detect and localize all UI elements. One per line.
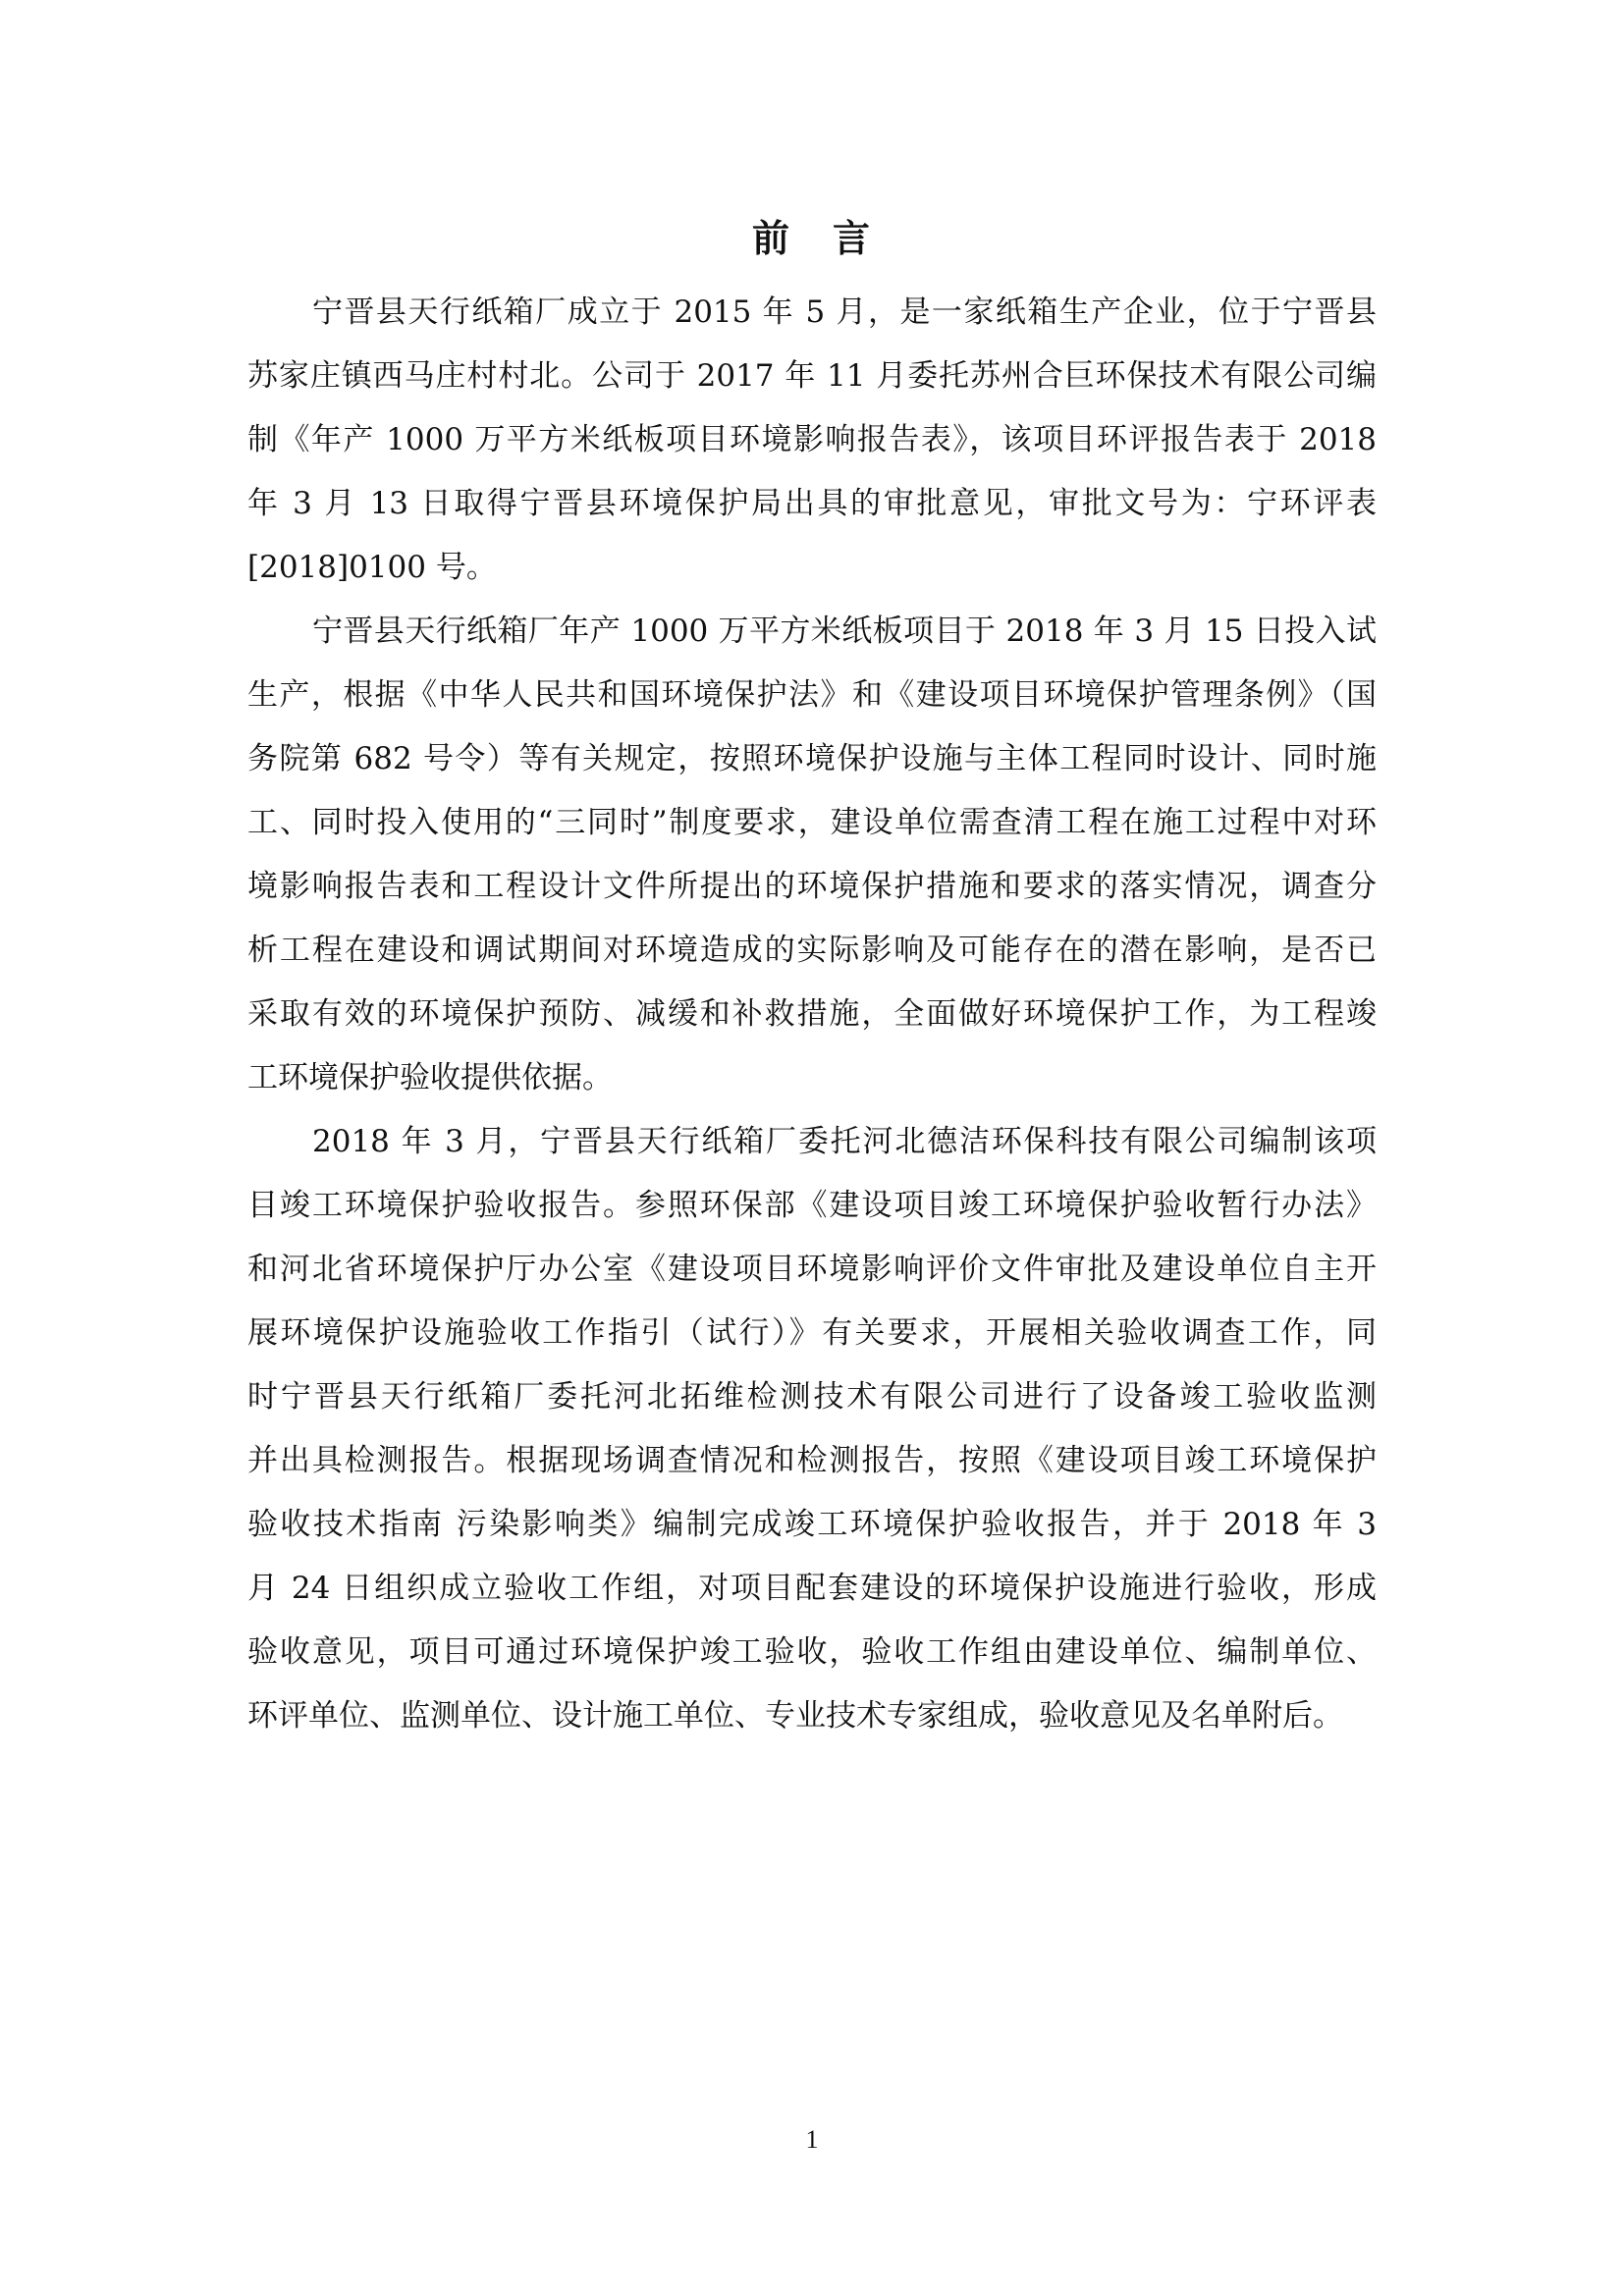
text-line: 和河北省环境保护厅办公室《建设项目环境影响评价文件审批及建设单位自主开 [247,1238,1377,1302]
paragraph-2: 宁晋县天行纸箱厂年产 1000 万平方米纸板项目于 2018 年 3 月 15 … [247,600,1377,1110]
text-line: 采取有效的环境保护预防、减缓和补救措施，全面做好环境保护工作，为工程竣 [247,983,1377,1046]
text-line: 制《年产 1000 万平方米纸板项目环境影响报告表》，该项目环评报告表于 201… [247,408,1377,472]
text-line: 目竣工环境保护验收报告。参照环保部《建设项目竣工环境保护验收暂行办法》 [247,1174,1377,1238]
text-line: 务院第 682 号令）等有关规定，按照环境保护设施与主体工程同时设计、同时施 [247,727,1377,791]
title-char: 前 [752,214,791,263]
text-line: 验收意见，项目可通过环境保护竣工验收，验收工作组由建设单位、编制单位、 [247,1621,1377,1684]
page-title: 前言 [0,214,1624,263]
text-line: 宁晋县天行纸箱厂成立于 2015 年 5 月，是一家纸箱生产企业，位于宁晋县 [247,281,1377,345]
text-line: 验收技术指南 污染影响类》编制完成竣工环境保护验收报告，并于 2018 年 3 [247,1493,1377,1557]
text-line: 生产，根据《中华人民共和国环境保护法》和《建设项目环境保护管理条例》（国 [247,664,1377,727]
text-line: [2018]0100 号。 [247,536,1377,600]
text-line: 月 24 日组织成立验收工作组，对项目配套建设的环境保护设施进行验收，形成 [247,1557,1377,1621]
text-line: 析工程在建设和调试期间对环境造成的实际影响及可能存在的潜在影响，是否已 [247,919,1377,983]
text-line: 时宁晋县天行纸箱厂委托河北拓维检测技术有限公司进行了设备竣工验收监测 [247,1365,1377,1429]
title-char: 言 [833,214,872,263]
text-line: 工环境保护验收提供依据。 [247,1046,1377,1110]
text-line: 展环境保护设施验收工作指引（试行）》有关要求，开展相关验收调查工作，同 [247,1302,1377,1365]
text-line: 并出具检测报告。根据现场调查情况和检测报告，按照《建设项目竣工环境保护 [247,1429,1377,1493]
text-line: 环评单位、监测单位、设计施工单位、专业技术专家组成，验收意见及名单附后。 [247,1684,1377,1748]
text-line: 苏家庄镇西马庄村村北。公司于 2017 年 11 月委托苏州合巨环保技术有限公司… [247,345,1377,408]
text-line: 宁晋县天行纸箱厂年产 1000 万平方米纸板项目于 2018 年 3 月 15 … [247,600,1377,664]
text-line: 境影响报告表和工程设计文件所提出的环境保护措施和要求的落实情况，调查分 [247,855,1377,919]
text-line: 年 3 月 13 日取得宁晋县环境保护局出具的审批意见，审批文号为：宁环评表 [247,472,1377,536]
paragraph-1: 宁晋县天行纸箱厂成立于 2015 年 5 月，是一家纸箱生产企业，位于宁晋县 苏… [247,281,1377,600]
document-page: 前言 宁晋县天行纸箱厂成立于 2015 年 5 月，是一家纸箱生产企业，位于宁晋… [0,0,1624,2296]
paragraph-3: 2018 年 3 月，宁晋县天行纸箱厂委托河北德洁环保科技有限公司编制该项 目竣… [247,1110,1377,1748]
page-number: 1 [0,2123,1624,2157]
document-body: 宁晋县天行纸箱厂成立于 2015 年 5 月，是一家纸箱生产企业，位于宁晋县 苏… [247,281,1377,1748]
text-line: 工、同时投入使用的“三同时”制度要求，建设单位需查清工程在施工过程中对环 [247,791,1377,855]
text-line: 2018 年 3 月，宁晋县天行纸箱厂委托河北德洁环保科技有限公司编制该项 [247,1110,1377,1174]
